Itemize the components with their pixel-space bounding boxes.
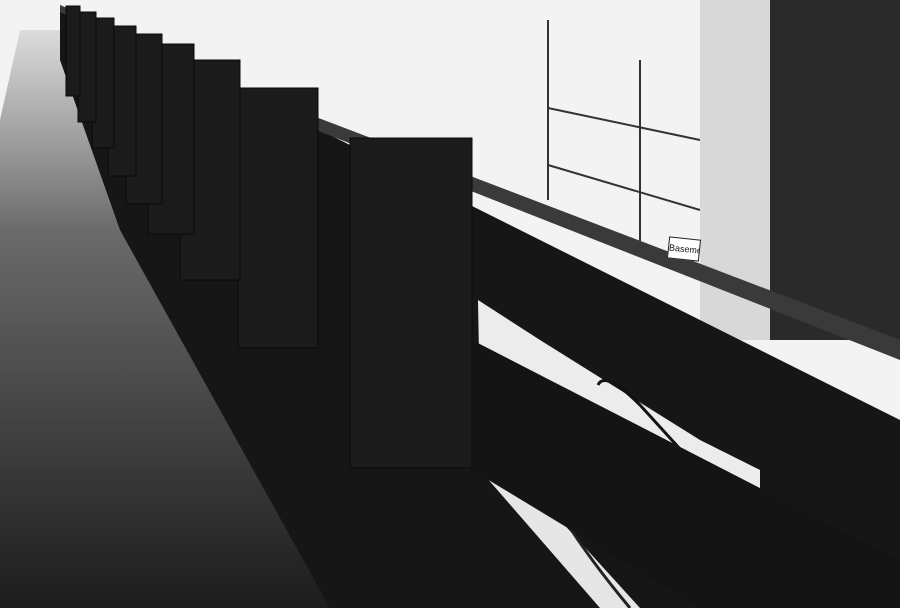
- photo-graphic: [0, 0, 900, 608]
- photo-scene: Basement: [0, 0, 900, 608]
- basement-sign: Basement: [667, 236, 701, 261]
